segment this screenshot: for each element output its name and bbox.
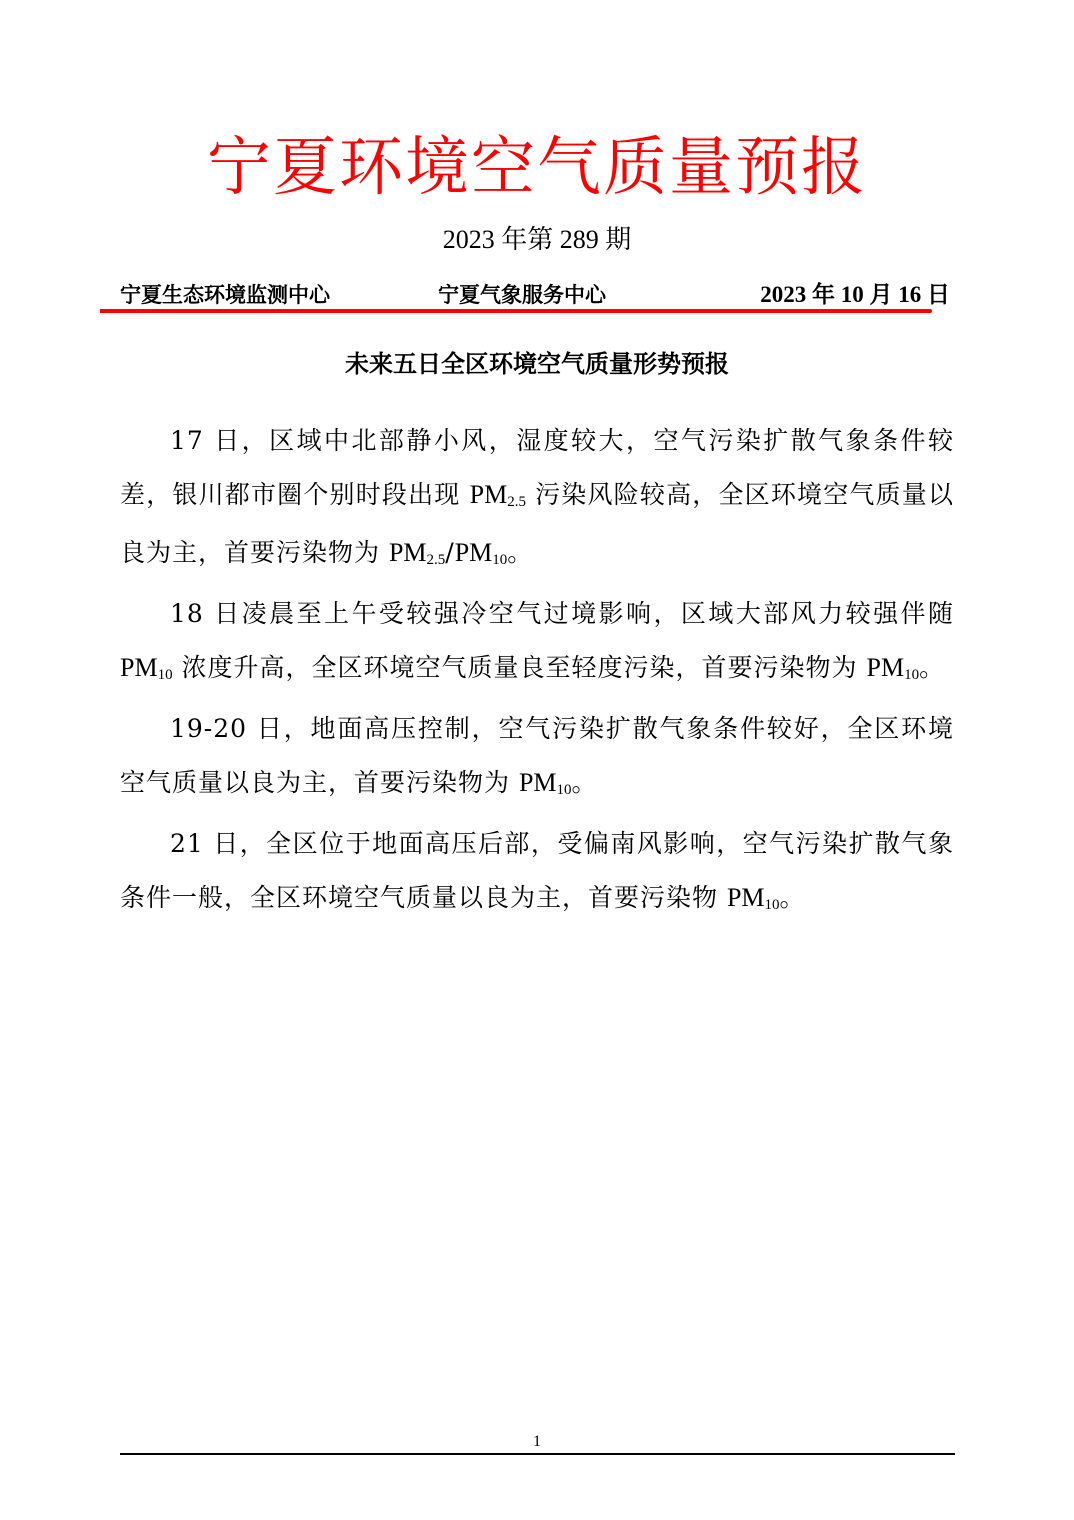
pollutant-subscript: 2.5 — [507, 494, 526, 510]
pollutant-subscript: 10 — [492, 552, 507, 568]
document-page: 宁夏环境空气质量预报 2023 年第 289 期 宁夏生态环境监测中心 宁夏气象… — [0, 0, 1074, 1520]
pollutant-subscript: 10 — [765, 897, 780, 913]
paragraph-text: 浓度升高，全区环境空气质量良至轻度污染，首要污染物为 — [173, 653, 867, 682]
paragraph-text: 21 日，全区位于地面高压后部，受偏南风影响，空气污染扩散气象条件一般，全区环境… — [120, 829, 954, 912]
paragraph-text: 。 — [572, 768, 598, 797]
paragraph-text: 18 日凌晨至上午受较强冷空气过境影响，区域大部风力较强伴随 — [170, 599, 954, 628]
issue-number: 2023 年第 289 期 — [0, 220, 1074, 260]
pollutant-label: PM10 — [455, 538, 508, 567]
pollutant-subscript: 10 — [904, 667, 919, 683]
publisher-monitoring-center: 宁夏生态环境监测中心 — [120, 278, 330, 312]
pollutant-subscript: 2.5 — [427, 552, 446, 568]
forecast-paragraph: 21 日，全区位于地面高压后部，受偏南风影响，空气污染扩散气象条件一般，全区环境… — [120, 817, 954, 929]
paragraph-text: 。 — [919, 653, 945, 682]
forecast-paragraph: 19-20 日，地面高压控制，空气污染扩散气象条件较好，全区环境空气质量以良为主… — [120, 702, 954, 814]
footer-divider — [120, 1453, 955, 1455]
paragraph-text: / — [445, 538, 454, 567]
pollutant-label: PM2.5 — [470, 480, 526, 509]
pollutant-label: PM10 — [120, 653, 173, 682]
pollutant-subscript: 10 — [158, 667, 173, 683]
page-number: 1 — [0, 1432, 1074, 1452]
pollutant-label: PM10 — [727, 883, 780, 912]
publisher-row: 宁夏生态环境监测中心 宁夏气象服务中心 2023 年 10 月 16 日 — [120, 278, 950, 312]
forecast-paragraph: 18 日凌晨至上午受较强冷空气过境影响，区域大部风力较强伴随 PM10 浓度升高… — [120, 587, 954, 699]
masthead-title: 宁夏环境空气质量预报 — [0, 128, 1074, 208]
red-divider — [100, 309, 932, 313]
paragraph-text: 。 — [780, 883, 806, 912]
pollutant-label: PM10 — [866, 653, 919, 682]
forecast-paragraph: 17 日，区域中北部静小风，湿度较大，空气污染扩散气象条件较差，银川都市圈个别时… — [120, 414, 954, 584]
pollutant-label: PM10 — [519, 768, 572, 797]
paragraph-text: 。 — [507, 538, 533, 567]
publisher-meteorological-center: 宁夏气象服务中心 — [438, 278, 606, 312]
forecast-body: 17 日，区域中北部静小风，湿度较大，空气污染扩散气象条件较差，银川都市圈个别时… — [120, 414, 954, 932]
section-title: 未来五日全区环境空气质量形势预报 — [0, 344, 1074, 384]
pollutant-subscript: 10 — [557, 782, 572, 798]
publish-date: 2023 年 10 月 16 日 — [760, 278, 950, 312]
pollutant-label: PM2.5 — [389, 538, 445, 567]
